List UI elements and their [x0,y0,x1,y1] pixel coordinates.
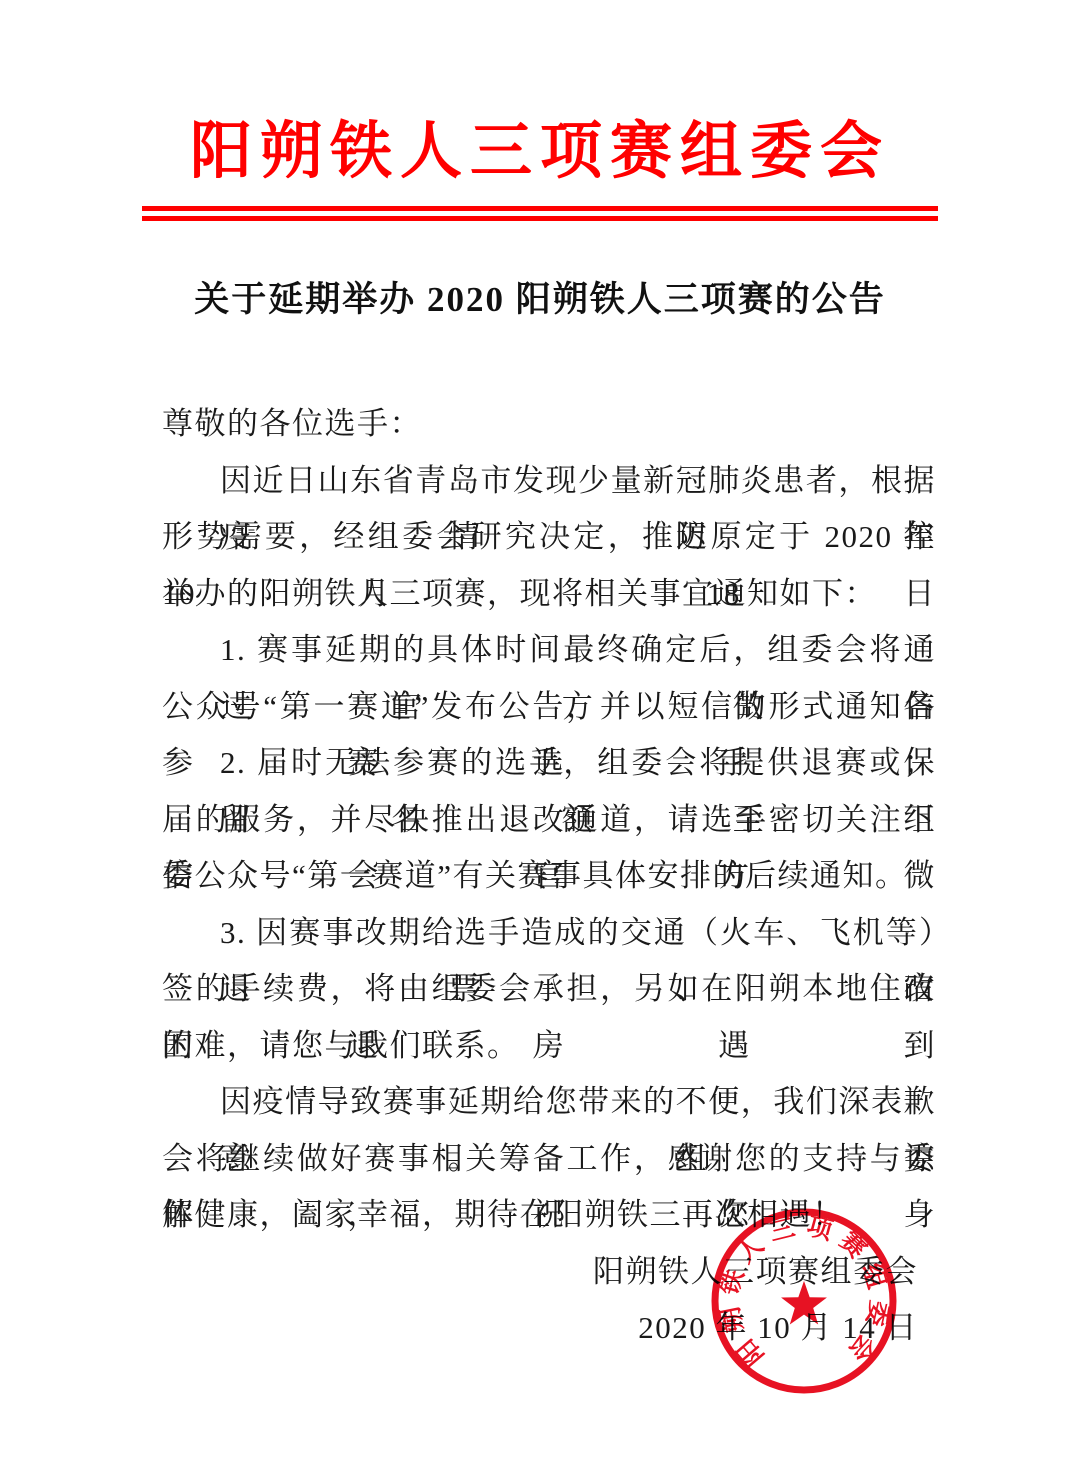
body-line: 信公众号“第一赛道”有关赛事具体安排的后续通知。 [162,848,936,905]
body-line: 会将继续做好赛事相关筹备工作，感谢您的支持与谅解，祝您身 [162,1131,936,1188]
announcement-title: 关于延期举办 2020 阳朔铁人三项赛的公告 [0,272,1080,322]
rule-bottom [142,216,938,221]
rule-top [142,206,938,211]
letterhead-double-rule [142,206,938,222]
body-line: 3. 因赛事改期给选手造成的交通（火车、飞机等）退票、改 [162,905,936,962]
body-line: 届的服务，并尽快推出退改通道，请选手密切关注组委会官方微 [162,792,936,849]
body-line: 1. 赛事延期的具体时间最终确定后，组委会将通过官方微信 [162,622,936,679]
body-line: 举办的阳朔铁人三项赛，现将相关事宜通知如下： [162,566,936,623]
official-seal: 阳朔铁人三项赛组委会 [704,1201,904,1401]
salutation: 尊敬的各位选手： [162,396,936,453]
body-line: 因疫情导致赛事延期给您带来的不便，我们深表歉意。组委 [162,1074,936,1131]
body-line: 2. 届时无法参赛的选手，组委会将提供退赛或保留名额至下 [162,735,936,792]
body-line: 公众号“第一赛道”发布公告，并以短信的形式通知各参赛选手； [162,679,936,736]
letterhead-org-title: 阳朔铁人三项赛组委会 [0,110,1080,194]
body-line: 因近日山东省青岛市发现少量新冠肺炎患者，根据疫情防控 [162,453,936,510]
body-line: 签的手续费，将由组委会承担，另如在阳朔本地住宿的退房遇到 [162,961,936,1018]
star-icon [781,1281,827,1325]
body-line: 形势需要，经组委会研究决定，推迟原定于 2020 年 10 月 18 日 [162,509,936,566]
